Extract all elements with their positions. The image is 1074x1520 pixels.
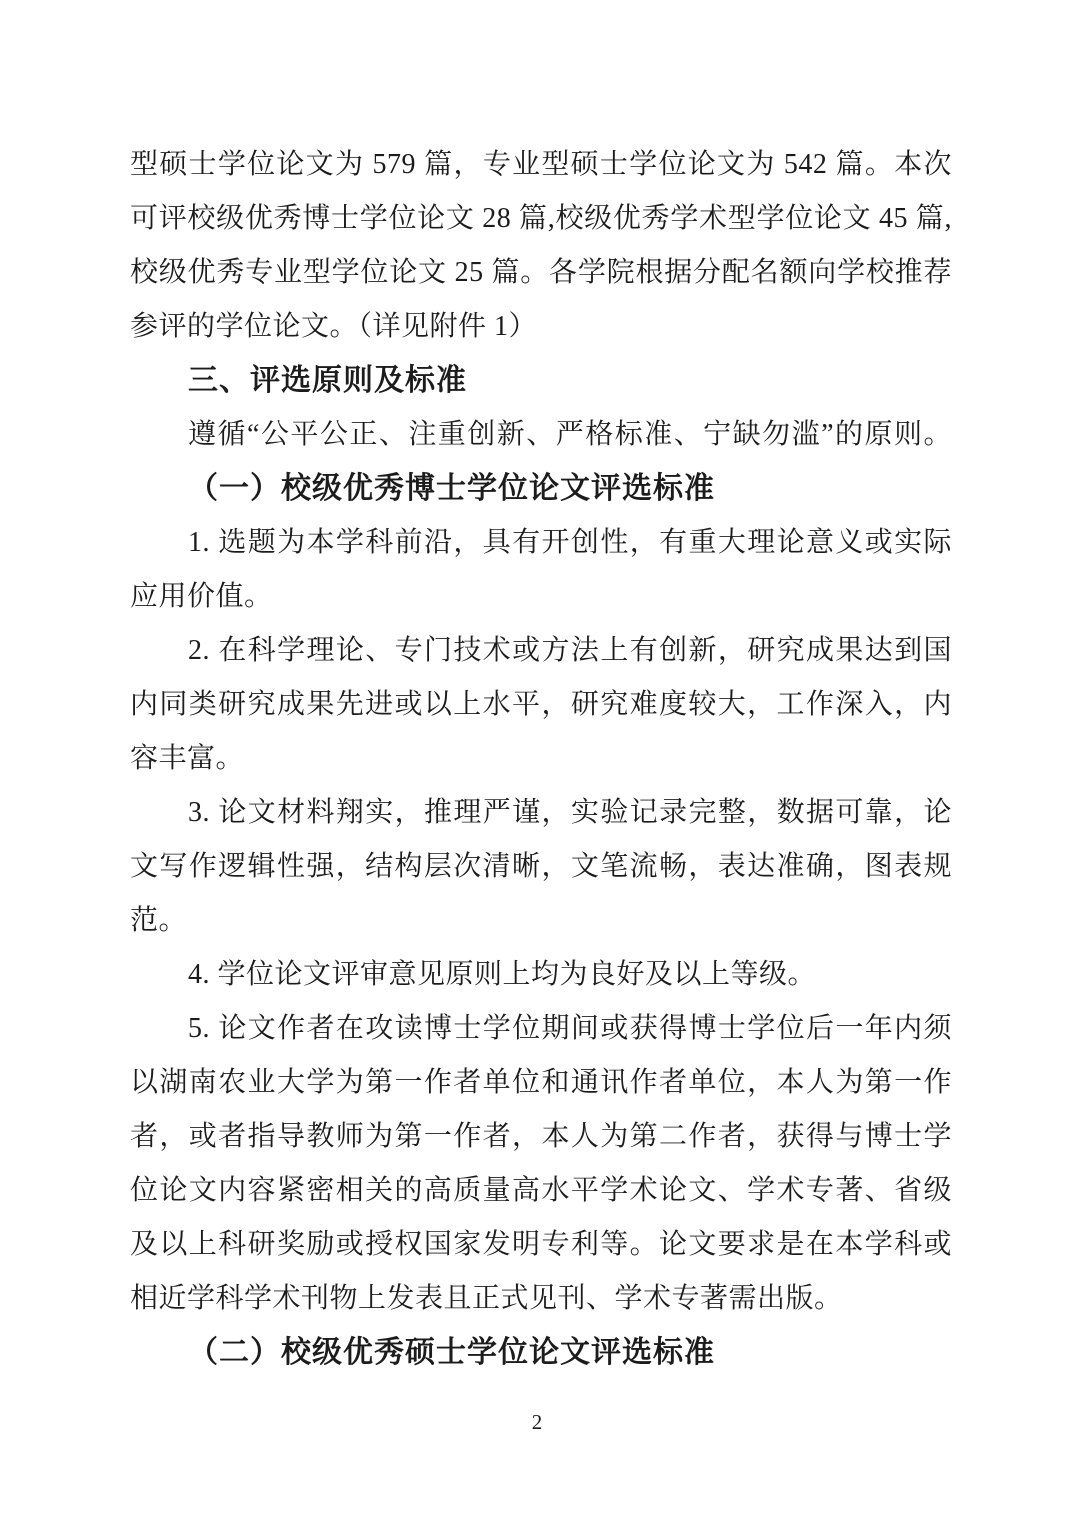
text-line: 相近学科学术刊物上发表且正式见刊、学术专著需出版。: [130, 1272, 952, 1326]
text-line: 范。: [130, 894, 952, 948]
text-line: 以湖南农业大学为第一作者单位和通讯作者单位，本人为第一作: [130, 1056, 952, 1110]
section-heading: 三、评选原则及标准: [130, 354, 952, 408]
section-heading: （一）校级优秀博士学位论文评选标准: [130, 462, 952, 516]
text-line: 4. 学位论文评审意见原则上均为良好及以上等级。: [130, 948, 952, 1002]
text-line: 位论文内容紧密相关的高质量高水平学术论文、学术专著、省级: [130, 1164, 952, 1218]
text-line: 内同类研究成果先进或以上水平，研究难度较大，工作深入，内: [130, 678, 952, 732]
text-line: 容丰富。: [130, 732, 952, 786]
section-heading: （二）校级优秀硕士学位论文评选标准: [130, 1326, 952, 1380]
text-line: 5. 论文作者在攻读博士学位期间或获得博士学位后一年内须: [130, 1002, 952, 1056]
document-body: 型硕士学位论文为 579 篇，专业型硕士学位论文为 542 篇。本次可评校级优秀…: [130, 138, 952, 1380]
text-line: 可评校级优秀博士学位论文 28 篇,校级优秀学术型学位论文 45 篇,: [130, 192, 952, 246]
document-page: 型硕士学位论文为 579 篇，专业型硕士学位论文为 542 篇。本次可评校级优秀…: [0, 0, 1074, 1520]
text-line: 参评的学位论文。（详见附件 1）: [130, 300, 952, 354]
text-line: 及以上科研奖励或授权国家发明专利等。论文要求是在本学科或: [130, 1218, 952, 1272]
text-line: 校级优秀专业型学位论文 25 篇。各学院根据分配名额向学校推荐: [130, 246, 952, 300]
text-line: 者，或者指导教师为第一作者，本人为第二作者，获得与博士学: [130, 1110, 952, 1164]
text-line: 1. 选题为本学科前沿，具有开创性，有重大理论意义或实际: [130, 516, 952, 570]
text-line: 型硕士学位论文为 579 篇，专业型硕士学位论文为 542 篇。本次: [130, 138, 952, 192]
page-number: 2: [0, 1406, 1074, 1438]
text-line: 遵循“公平公正、注重创新、严格标准、宁缺勿滥”的原则。: [130, 408, 952, 462]
text-line: 2. 在科学理论、专门技术或方法上有创新，研究成果达到国: [130, 624, 952, 678]
text-line: 3. 论文材料翔实，推理严谨，实验记录完整，数据可靠，论: [130, 786, 952, 840]
text-line: 文写作逻辑性强，结构层次清晰，文笔流畅，表达准确，图表规: [130, 840, 952, 894]
text-line: 应用价值。: [130, 570, 952, 624]
